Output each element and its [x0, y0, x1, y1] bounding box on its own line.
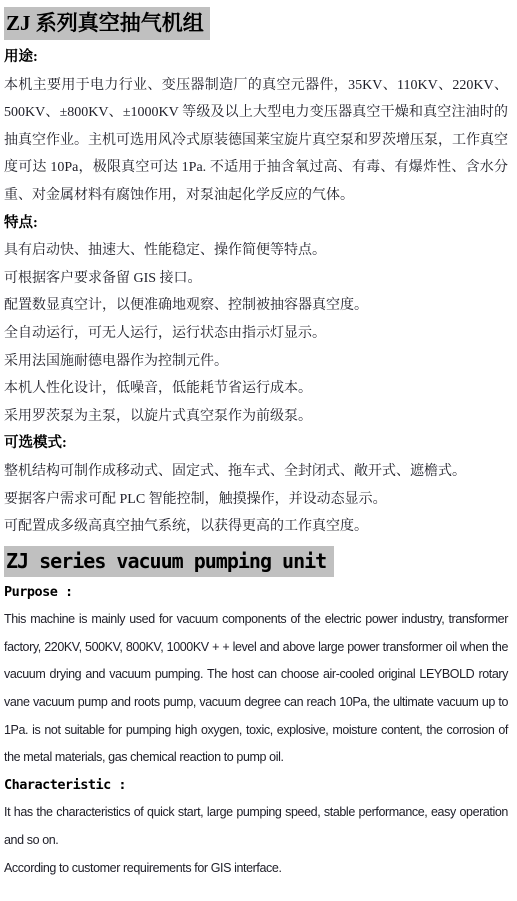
en-characteristic-heading: Characteristic :	[4, 772, 508, 800]
cn-features-heading: 特点:	[4, 210, 508, 238]
cn-features-list: 具有启动快、抽速大、性能稳定、操作简便等特点。 可根据客户要求备留 GIS 接口…	[4, 237, 508, 430]
en-purpose-paragraph: This machine is mainly used for vacuum c…	[4, 606, 508, 772]
chinese-title-row: ZJ 系列真空抽气机组	[4, 7, 508, 44]
en-characteristic-item: It has the characteristics of quick star…	[4, 799, 508, 854]
cn-purpose-heading: 用途:	[4, 44, 508, 72]
document-page: ZJ 系列真空抽气机组 用途: 本机主要用于电力行业、变压器制造厂的真空元器件，…	[0, 0, 517, 882]
cn-feature-item: 采用罗茨泵为主泵，以旋片式真空泵作为前级泵。	[4, 403, 508, 431]
cn-feature-item: 全自动运行，可无人运行，运行状态由指示灯显示。	[4, 320, 508, 348]
en-characteristic-item: According to customer requirements for G…	[4, 855, 508, 883]
cn-feature-item: 具有启动快、抽速大、性能稳定、操作简便等特点。	[4, 237, 508, 265]
en-characteristic-list: It has the characteristics of quick star…	[4, 799, 508, 882]
cn-mode-item: 整机结构可制作成移动式、固定式、拖车式、全封闭式、敞开式、遮檐式。	[4, 458, 508, 486]
en-purpose-heading: Purpose :	[4, 579, 508, 607]
chinese-section-title: ZJ 系列真空抽气机组	[4, 7, 210, 40]
cn-feature-item: 可根据客户要求备留 GIS 接口。	[4, 265, 508, 293]
cn-purpose-paragraph: 本机主要用于电力行业、变压器制造厂的真空元器件，35KV、110KV、220KV…	[4, 72, 508, 210]
cn-mode-item: 可配置成多级高真空抽气系统，以获得更高的工作真空度。	[4, 513, 508, 541]
english-section-title: ZJ series vacuum pumping unit	[4, 546, 334, 577]
cn-modes-list: 整机结构可制作成移动式、固定式、拖车式、全封闭式、敞开式、遮檐式。 要据客户需求…	[4, 458, 508, 541]
cn-modes-heading: 可选模式:	[4, 430, 508, 458]
cn-feature-item: 采用法国施耐德电器作为控制元件。	[4, 348, 508, 376]
english-title-row: ZJ series vacuum pumping unit	[4, 541, 508, 579]
cn-mode-item: 要据客户需求可配 PLC 智能控制，触摸操作，并设动态显示。	[4, 486, 508, 514]
cn-feature-item: 本机人性化设计，低噪音，低能耗节省运行成本。	[4, 375, 508, 403]
cn-feature-item: 配置数显真空计，以便准确地观察、控制被抽容器真空度。	[4, 292, 508, 320]
